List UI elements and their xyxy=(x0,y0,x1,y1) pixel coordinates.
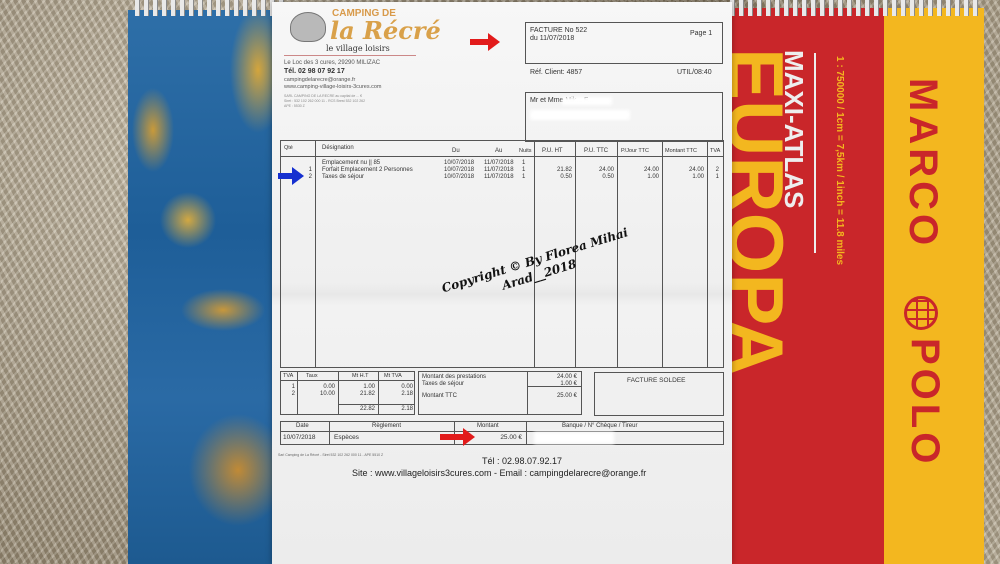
atlas-scale: 1 : 750000 / 1cm = 7,5km / 1inch = 11.8 … xyxy=(834,56,845,265)
header-rule xyxy=(284,55,416,56)
tva-cell: 1 xyxy=(280,384,295,390)
th-designation: Désignation xyxy=(322,145,354,151)
table-cell-pjour_ttc: 24.00 xyxy=(617,167,659,173)
invoice-status: FACTURE SOLDEE xyxy=(627,377,686,384)
tva-cell: 2 xyxy=(280,391,295,397)
table-cell-montant_ttc: 1.00 xyxy=(662,174,704,180)
table-cell-au: 11/07/2018 xyxy=(484,174,514,180)
tva-total-ht: 22.82 xyxy=(338,406,375,412)
util-time: UTIL/08:40 xyxy=(677,69,712,76)
atlas-brand-2: POLO xyxy=(902,338,947,467)
th-pu-ht: P.U. HT xyxy=(542,148,563,154)
table-cell-tva: 2 xyxy=(707,167,719,173)
footer-tel: Tél : 02.98.07.92.17 xyxy=(482,456,562,466)
table-cell-pu_ttc: 0.50 xyxy=(575,174,614,180)
payment-table xyxy=(280,421,724,445)
th-pu-ttc: P.U. TTC xyxy=(584,148,608,154)
tva-cell: 1.00 xyxy=(338,384,375,390)
pay-method: Espèces xyxy=(334,434,359,441)
row-divider xyxy=(280,380,415,381)
th-du: Du xyxy=(452,148,460,154)
spiral-binding-left xyxy=(135,0,285,16)
legal-line-2: Siret : 532 102 262 000 11 - RCS Brest 5… xyxy=(284,99,365,103)
summary-value-ttc: 25.00 € xyxy=(527,393,577,399)
th-qty: Qté xyxy=(284,145,293,151)
table-cell-au: 11/07/2018 xyxy=(484,167,514,173)
address: Le Loc des 3 cures, 29290 MILIZAC xyxy=(284,60,380,66)
client-ref: Réf. Client: 4857 xyxy=(530,69,582,76)
pay-date: 10/07/2018 xyxy=(283,434,316,441)
col-divider xyxy=(454,421,455,445)
spiral-binding-right xyxy=(730,0,980,16)
th-pjour-ttc: P/Jour TTC xyxy=(621,148,649,154)
tva-cell: 0.00 xyxy=(378,384,413,390)
redaction xyxy=(562,97,612,105)
blue-arrow-item xyxy=(278,173,294,179)
col-divider xyxy=(526,421,527,445)
header-website: www.camping-village-loisirs-3cures.com xyxy=(284,84,382,90)
table-cell-du: 10/07/2018 xyxy=(444,160,474,166)
photo-scene: EUROPA MAXI-ATLAS 1 : 750000 / 1cm = 7,5… xyxy=(0,0,1000,564)
page-number: Page 1 xyxy=(690,30,712,37)
tva-total-tva: 2.18 xyxy=(378,406,413,412)
logo-line2: la Récré xyxy=(330,16,441,45)
table-cell-du: 10/07/2018 xyxy=(444,167,474,173)
tva-h-mttva: Mt TVA xyxy=(384,373,402,379)
summary-value-taxes: 1.00 € xyxy=(527,381,577,387)
th-tva: TVA xyxy=(710,148,720,154)
mascot-logo xyxy=(290,12,326,42)
invoice-date: du 11/07/2018 xyxy=(530,35,574,42)
col-divider xyxy=(315,140,316,368)
tva-h-mtht: Mt H.T xyxy=(352,373,369,379)
header-tel: Tél. 02 98 07 92 17 xyxy=(284,68,345,75)
pay-h-date: Date xyxy=(296,423,309,429)
table-cell-pjour_ttc: 1.00 xyxy=(617,174,659,180)
summary-label-taxes: Taxes de séjour xyxy=(422,381,464,387)
table-cell-designation: Taxes de séjour xyxy=(322,174,364,180)
redaction xyxy=(534,432,614,444)
pay-h-montant: Montant xyxy=(477,423,499,429)
row-divider xyxy=(338,404,415,405)
tva-cell: 21.82 xyxy=(338,391,375,397)
globe-icon xyxy=(904,296,938,330)
atlas-brand: MARCO xyxy=(900,78,945,249)
table-cell-tva: 1 xyxy=(707,174,719,180)
red-arrow-invoice-number xyxy=(470,39,490,45)
table-cell-au: 11/07/2018 xyxy=(484,160,514,166)
pay-h-reglement: Règlement xyxy=(372,423,401,429)
table-cell-designation: Emplacement nu || 85 xyxy=(322,160,380,166)
footer-site: Site : www.villageloisirs3cures.com - Em… xyxy=(352,468,646,478)
tva-cell: 10.00 xyxy=(297,391,335,397)
tva-h-tva: TVA xyxy=(283,373,293,379)
th-nuits: Nuits xyxy=(519,148,532,154)
tva-cell: 0.00 xyxy=(297,384,335,390)
logo-subtitle: le village loisirs xyxy=(326,44,390,53)
tva-h-taux: Taux xyxy=(306,373,318,379)
table-cell-nuits: 1 xyxy=(522,167,528,173)
col-divider xyxy=(329,421,330,445)
footer-legal: Sarl Camping de La Récré - Siret 532 102… xyxy=(278,453,383,457)
table-cell-nuits: 1 xyxy=(522,160,528,166)
table-cell-pu_ht: 0.50 xyxy=(534,174,572,180)
red-arrow-amount xyxy=(440,434,465,440)
table-cell-designation: Forfait Emplacement 2 Personnes xyxy=(322,167,413,173)
tva-cell: 2.18 xyxy=(378,391,413,397)
table-header-rule xyxy=(280,156,724,157)
summary-value-prestations: 24.00 € xyxy=(527,374,577,380)
map-atlas-page xyxy=(128,10,288,564)
header-email: campingdelarecre@orange.fr xyxy=(284,77,355,83)
row-divider xyxy=(280,431,724,432)
summary-label-prestations: Montant des prestations xyxy=(422,374,486,380)
atlas-title: MAXI-ATLAS xyxy=(778,50,809,208)
marco-polo-atlas-cover: EUROPA MAXI-ATLAS 1 : 750000 / 1cm = 7,5… xyxy=(722,8,984,564)
th-montant-ttc: Montant TTC xyxy=(665,148,697,154)
redaction xyxy=(530,110,630,120)
atlas-big-title: EUROPA xyxy=(726,48,786,376)
legal-line-3: APE : 5530 Z xyxy=(284,104,305,108)
legal-line-1: SARL CAMPING DE LA RECRE au capital de .… xyxy=(284,94,362,98)
invoice-title: FACTURE No 522 xyxy=(530,27,587,34)
summary-label-ttc: Montant TTC xyxy=(422,393,457,399)
table-cell-montant_ttc: 24.00 xyxy=(662,167,704,173)
table-cell-nuits: 1 xyxy=(522,174,528,180)
table-cell-du: 10/07/2018 xyxy=(444,174,474,180)
th-au: Au xyxy=(495,148,502,154)
atlas-divider xyxy=(814,53,816,253)
pay-h-banque: Banque / N° Chèque / Tireur xyxy=(562,423,637,429)
table-cell-pu_ht: 21.82 xyxy=(534,167,572,173)
table-cell-pu_ttc: 24.00 xyxy=(575,167,614,173)
